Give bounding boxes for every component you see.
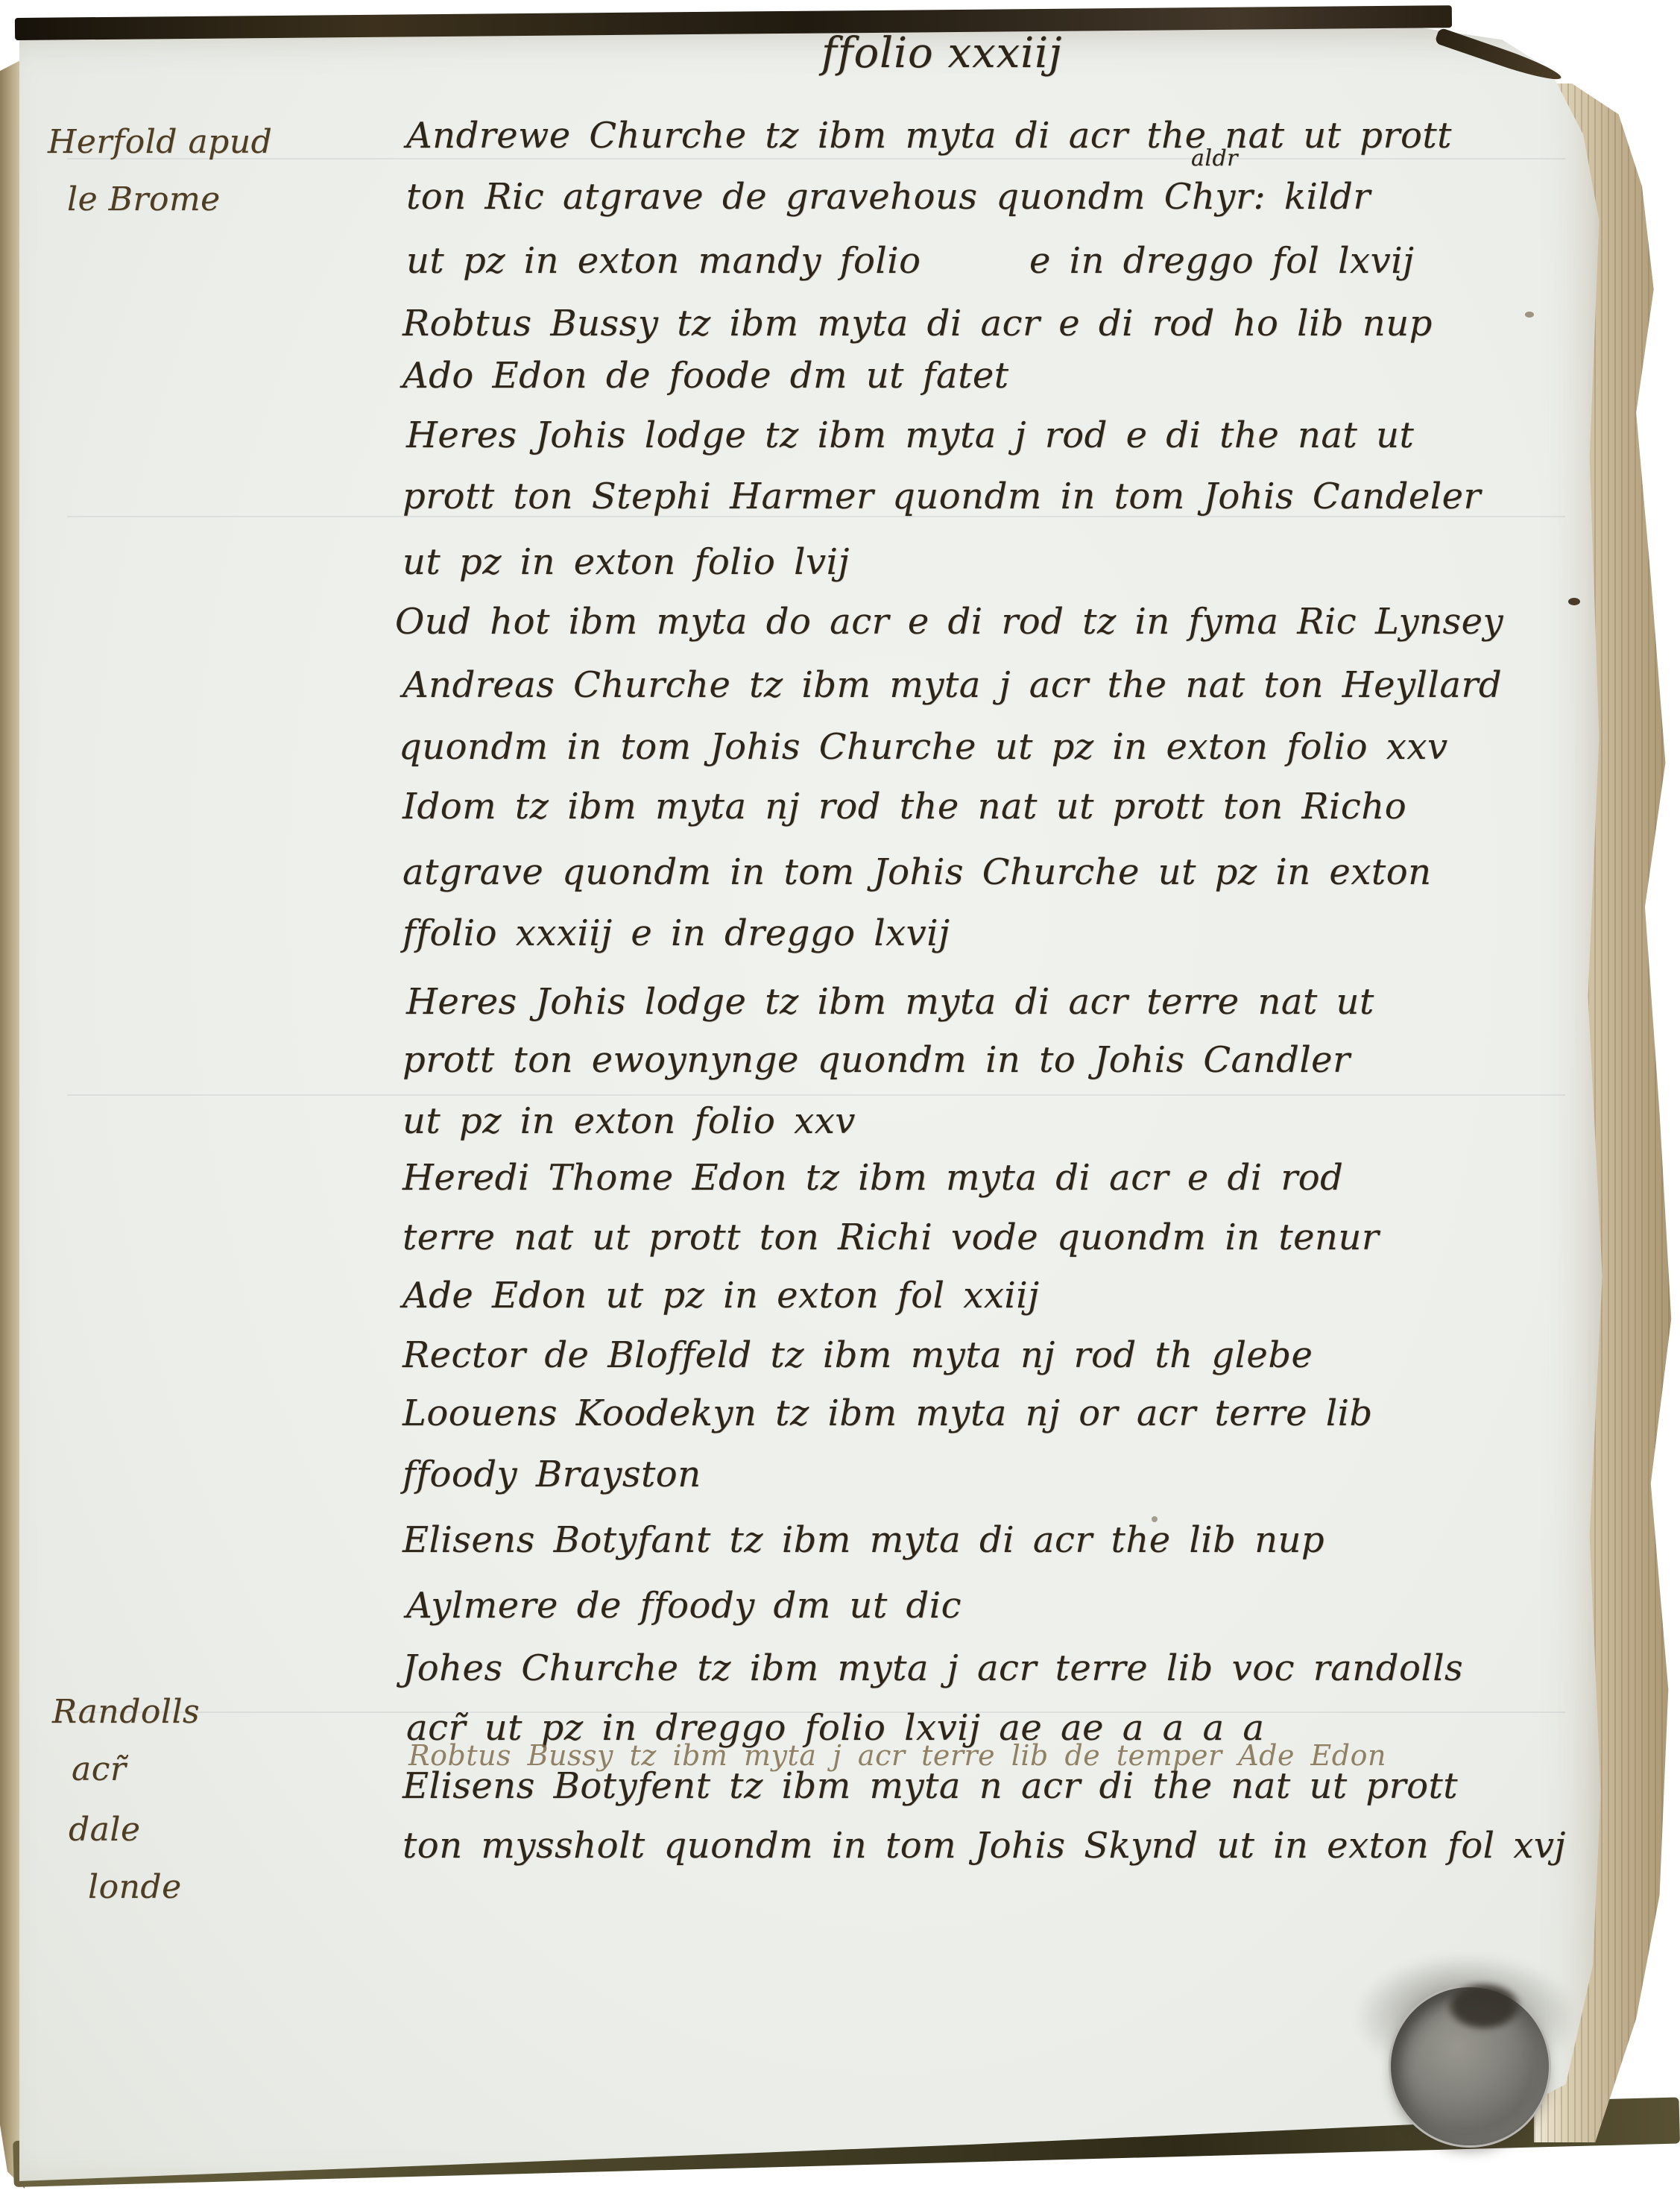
paper-speck (1525, 312, 1534, 318)
manuscript-line: Rector de Bloffeld tz ibm myta nj rod th… (402, 1337, 1313, 1373)
manuscript-line: Elisens Botyfant tz ibm myta di acr the … (402, 1522, 1324, 1558)
manuscript-line: Robtus Bussy tz ibm myta di acr e di rod… (402, 306, 1433, 341)
ruling-line (67, 158, 1565, 160)
metal-clasp-stud (1391, 1987, 1549, 2145)
manuscript-line: ffolio xxxiij e in dreggo lxvij (402, 915, 950, 951)
margin-note-line: londe (69, 1858, 182, 1916)
manuscript-line: ut pz in exton folio xxv (402, 1103, 856, 1139)
ruling-line (67, 1094, 1565, 1096)
paper-speck (1568, 598, 1580, 605)
manuscript-line: Aylmere de ffoody dm ut dic (406, 1588, 961, 1624)
margin-note-line: dale (69, 1801, 182, 1858)
place-heading-note: Herfold apudle Brome (48, 113, 272, 228)
margin-note-line: le Brome (48, 171, 272, 228)
manuscript-line: Idom tz ibm myta nj rod the nat ut prott… (402, 789, 1406, 824)
folio-heading: ffolio xxxiij (821, 33, 1062, 75)
manuscript-line: ton myssholt quondm in tom Johis Skynd u… (402, 1828, 1566, 1864)
manuscript-line: ffoody Brayston (402, 1457, 701, 1492)
manuscript-line: ut pz in exton mandy folio e in dreggo f… (406, 243, 1414, 279)
manuscript-line: ut pz in exton folio lvij (402, 544, 850, 580)
margin-note-line: acr̃ (52, 1741, 200, 1798)
manuscript-line: Ade Edon ut pz in exton fol xxiij (402, 1278, 1039, 1313)
manuscript-line: Johes Churche tz ibm myta j acr terre li… (402, 1650, 1463, 1686)
manuscript-line: Andrewe Churche tz ibm myta di acr the n… (406, 118, 1452, 154)
manuscript-line: ton Ric atgrave de gravehous quondm Chyr… (406, 179, 1371, 215)
manuscript-line: Heredi Thome Edon tz ibm myta di acr e d… (402, 1160, 1343, 1196)
dale-londe-note: dalelonde (69, 1801, 182, 1916)
manuscript-line: prott ton Stephi Harmer quondm in tom Jo… (402, 479, 1481, 514)
randolls-acre-note: Randollsacr̃ (52, 1683, 200, 1798)
manuscript-line: Ado Edon de foode dm ut fatet (402, 358, 1009, 394)
manuscript-line: Heres Johis lodge tz ibm myta j rod e di… (406, 417, 1414, 453)
margin-note-line: Randolls (52, 1683, 200, 1741)
manuscript-line: Elisens Botyfent tz ibm myta n acr di th… (402, 1768, 1458, 1804)
manuscript-line: prott ton ewoynynge quondm in to Johis C… (402, 1042, 1351, 1078)
manuscript-line: Oud hot ibm myta do acr e di rod tz in f… (395, 604, 1503, 640)
manuscript-line: quondm in tom Johis Churche ut pz in ext… (399, 729, 1448, 765)
manuscript-photo: ffolio xxxiij Herfold apudle BromeRandol… (0, 0, 1680, 2202)
manuscript-line: Loouens Koodekyn tz ibm myta nj or acr t… (402, 1395, 1373, 1431)
margin-note-line: Herfold apud (48, 113, 272, 171)
manuscript-line: Andreas Churche tz ibm myta j acr the na… (402, 667, 1502, 703)
manuscript-line: atgrave quondm in tom Johis Churche ut p… (402, 854, 1432, 890)
manuscript-line: Heres Johis lodge tz ibm myta di acr ter… (406, 984, 1374, 1020)
manuscript-line: aldr (1191, 148, 1238, 170)
manuscript-line: terre nat ut prott ton Richi vode quondm… (402, 1220, 1379, 1255)
